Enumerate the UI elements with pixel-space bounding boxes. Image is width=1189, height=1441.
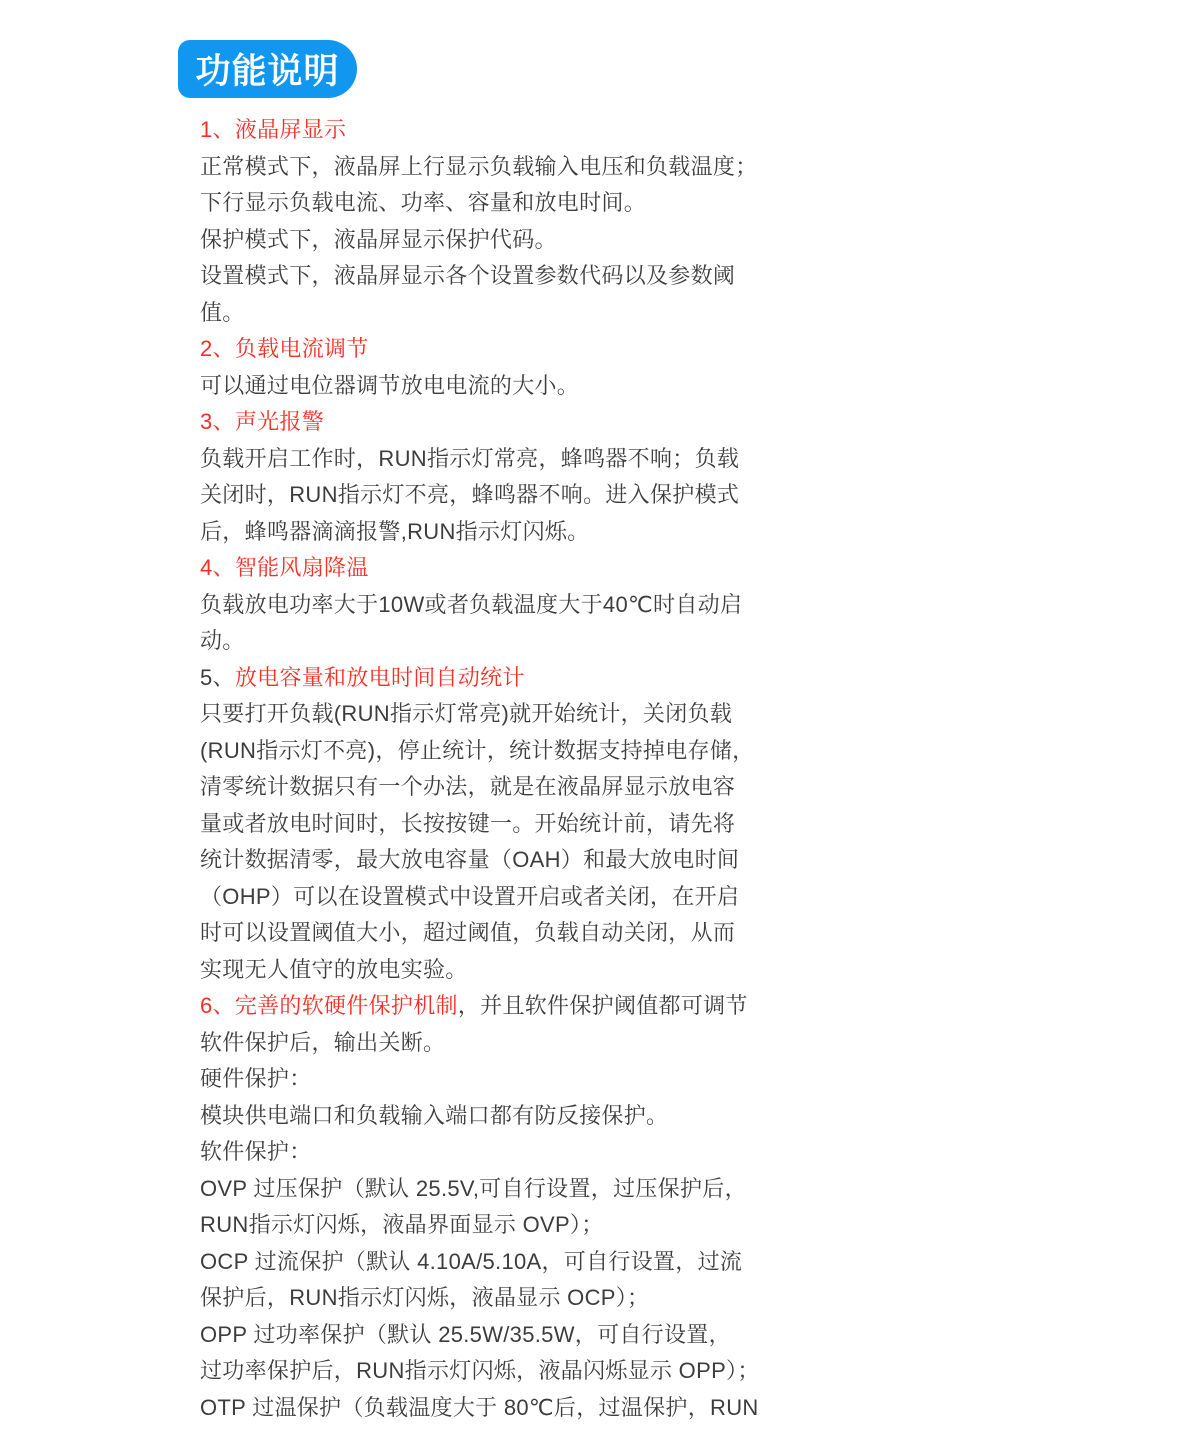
- section-6-heading-title: 6、完善的软硬件保护机制: [200, 993, 458, 1018]
- section-title-badge: 功能说明: [178, 40, 357, 98]
- section-6-opp-paragraph: OPP 过功率保护（默认 25.5W/35.5W，可自行设置， 过功率保护后，R…: [200, 1317, 920, 1390]
- section-6-heading-suffix: ，并且软件保护阈值都可调节: [458, 993, 748, 1018]
- section-1-heading: 1、液晶屏显示: [200, 112, 920, 149]
- section-6-paragraph-2: 硬件保护：: [200, 1061, 920, 1098]
- section-5-heading-title: 放电容量和放电时间自动统计: [235, 665, 525, 690]
- section-6-ocp-paragraph: OCP 过流保护（默认 4.10A/5.10A，可自行设置，过流 保护后，RUN…: [200, 1244, 920, 1317]
- section-5-paragraph-1: 只要打开负载(RUN指示灯常亮)就开始统计，关闭负载 (RUN指示灯不亮)，停止…: [200, 696, 920, 988]
- section-1-paragraph-2: 保护模式下，液晶屏显示保护代码。: [200, 222, 920, 259]
- section-2-paragraph-1: 可以通过电位器调节放电电流的大小。: [200, 368, 920, 405]
- section-4-paragraph-1: 负载放电功率大于10W或者负载温度大于40℃时自动启 动。: [200, 587, 920, 660]
- section-6-heading: 6、完善的软硬件保护机制，并且软件保护阈值都可调节: [200, 988, 920, 1025]
- feature-description-body: 1、液晶屏显示 正常模式下，液晶屏上行显示负载输入电压和负载温度； 下行显示负载…: [200, 112, 920, 1426]
- section-3-paragraph-1: 负载开启工作时，RUN指示灯常亮，蜂鸣器不响；负载 关闭时，RUN指示灯不亮，蜂…: [200, 441, 920, 551]
- section-6-paragraph-3: 模块供电端口和负载输入端口都有防反接保护。: [200, 1098, 920, 1135]
- section-5-heading-number: 5、: [200, 665, 235, 690]
- section-6-ovp-paragraph: OVP 过压保护（默认 25.5V,可自行设置，过压保护后， RUN指示灯闪烁，…: [200, 1171, 920, 1244]
- section-1-paragraph-3: 设置模式下，液晶屏显示各个设置参数代码以及参数阈 值。: [200, 258, 920, 331]
- section-title-badge-label: 功能说明: [195, 44, 339, 94]
- section-6-paragraph-1: 软件保护后，输出关断。: [200, 1025, 920, 1062]
- section-3-heading: 3、声光报警: [200, 404, 920, 441]
- section-6-otp-paragraph: OTP 过温保护（负载温度大于 80℃后，过温保护，RUN: [200, 1390, 920, 1427]
- section-5-heading: 5、放电容量和放电时间自动统计: [200, 660, 920, 697]
- section-4-heading: 4、智能风扇降温: [200, 550, 920, 587]
- section-6-paragraph-4: 软件保护：: [200, 1134, 920, 1171]
- section-2-heading: 2、负载电流调节: [200, 331, 920, 368]
- section-1-paragraph-1: 正常模式下，液晶屏上行显示负载输入电压和负载温度； 下行显示负载电流、功率、容量…: [200, 149, 920, 222]
